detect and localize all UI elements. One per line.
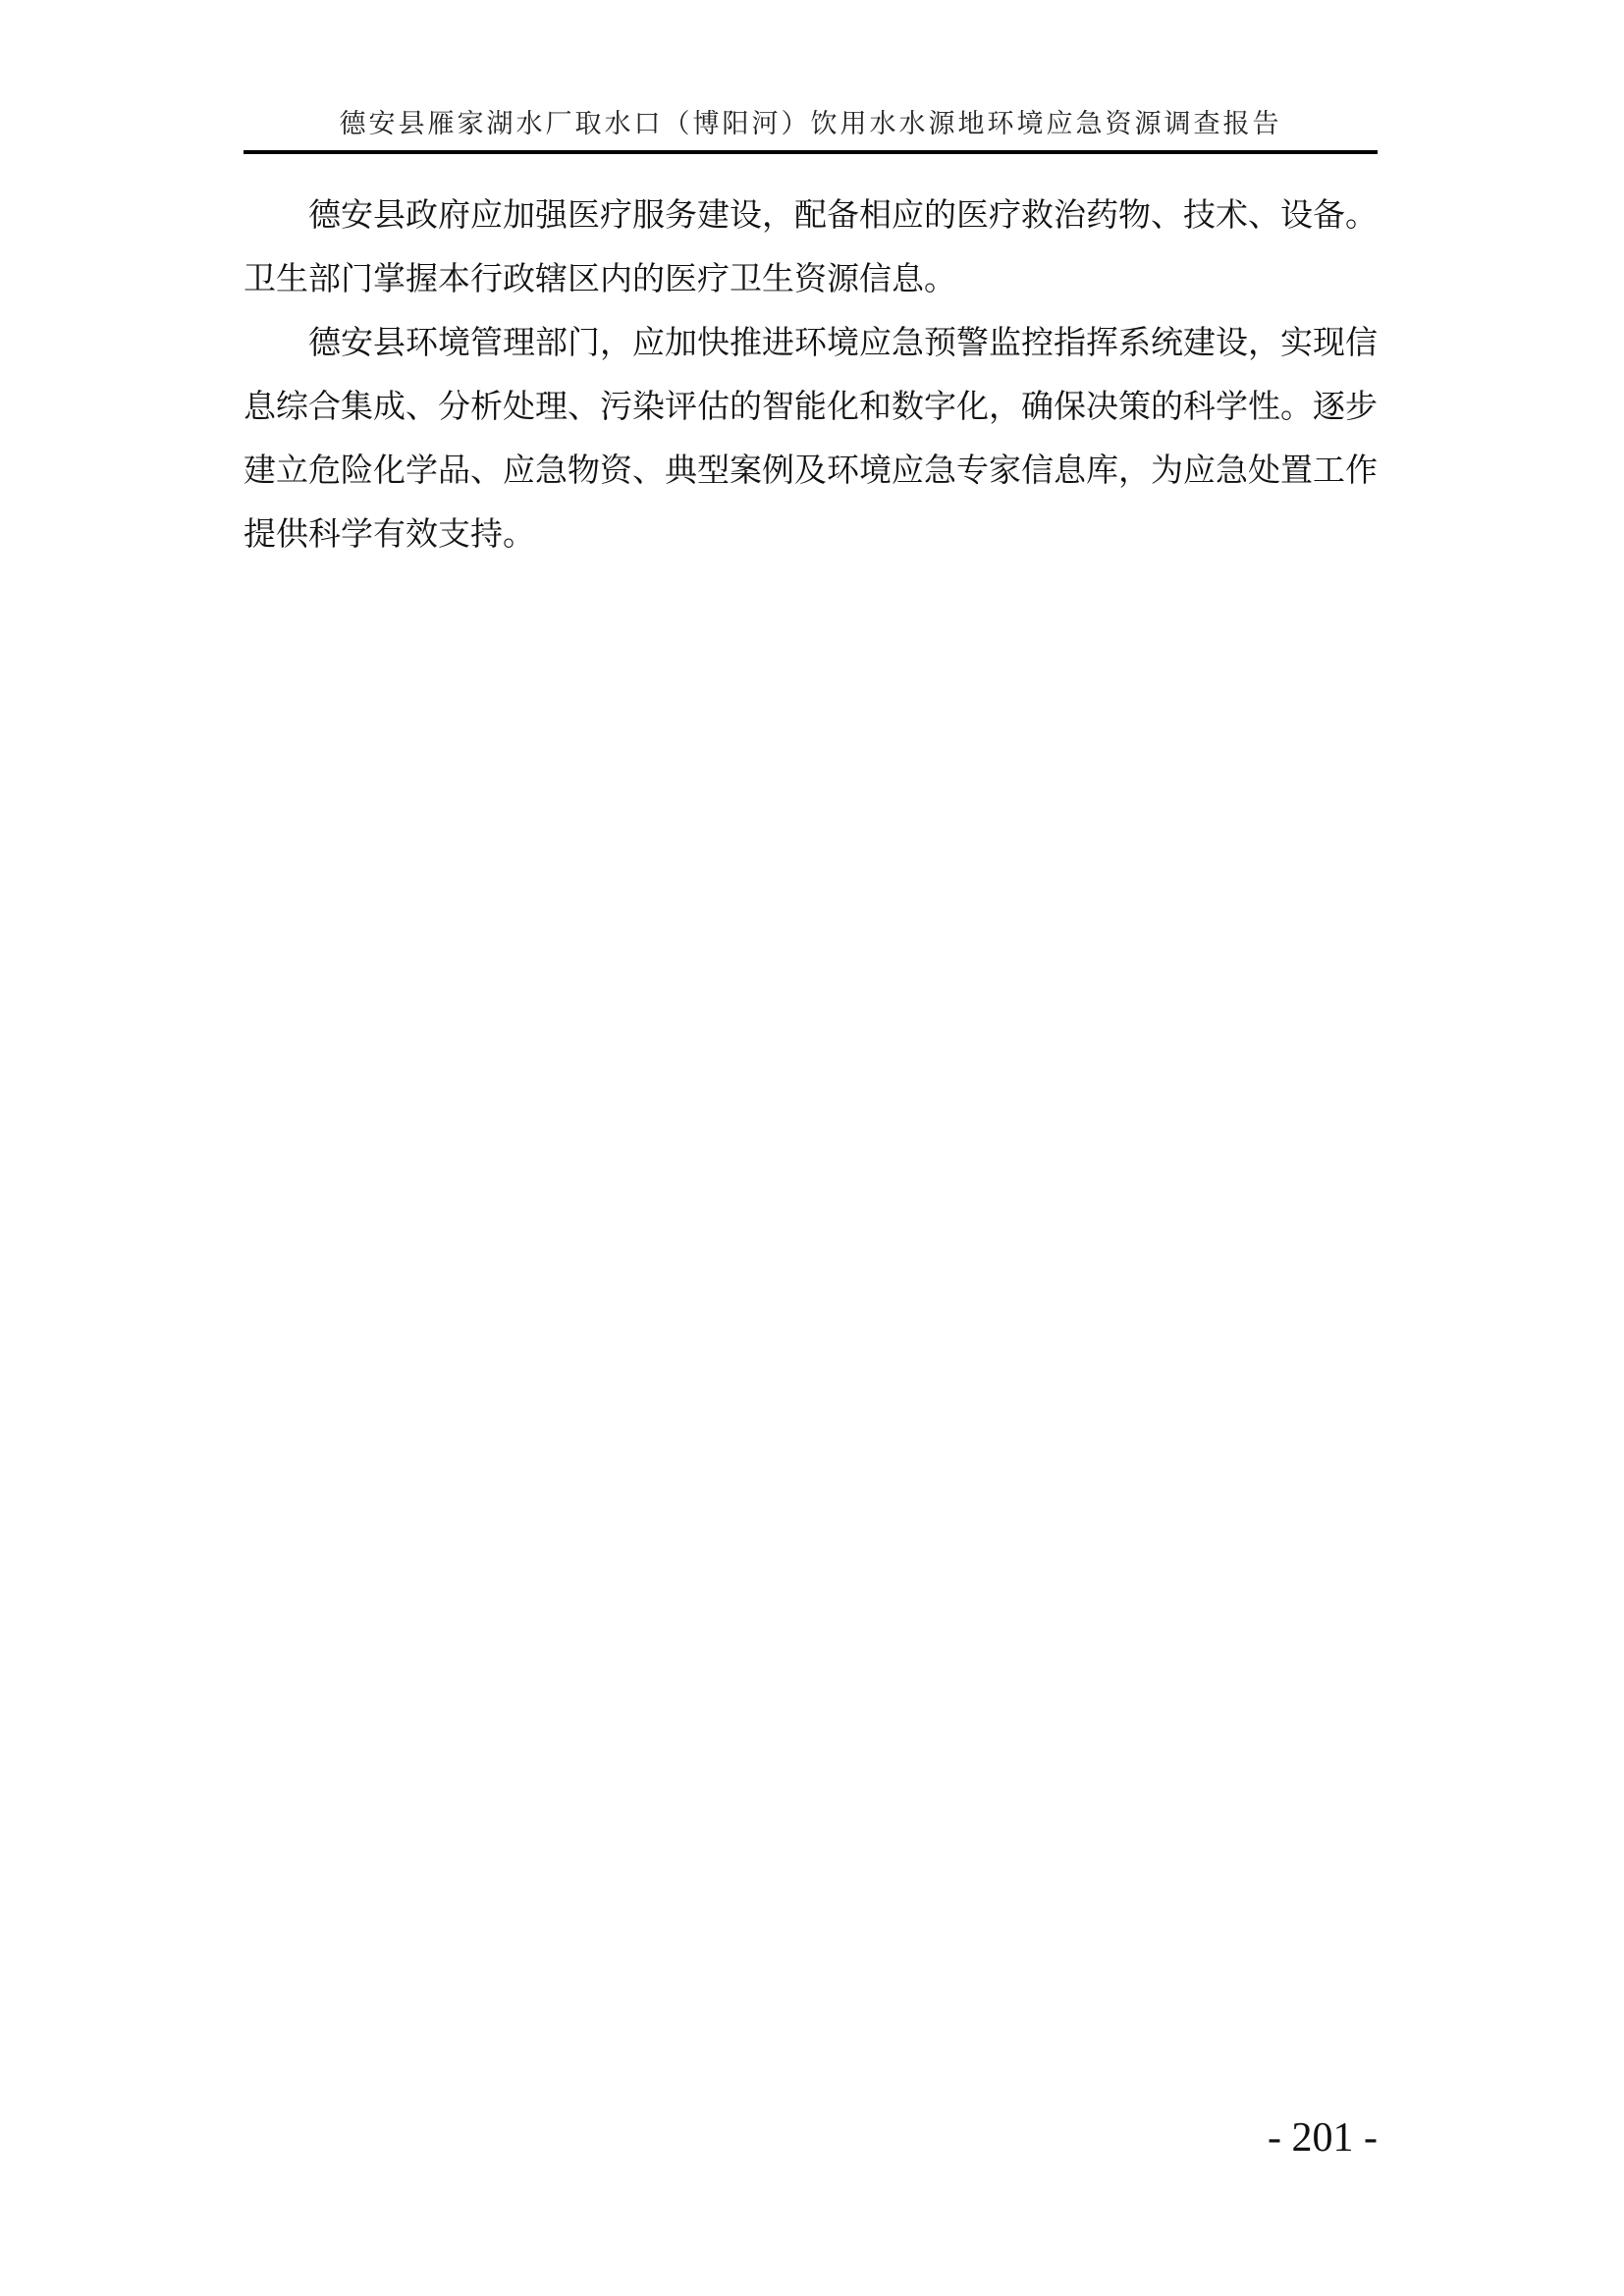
paragraph-line: 德安县环境管理部门，应加快推进环境应急预警监控指挥系统建设，实现信 — [244, 312, 1378, 376]
body-text: 德安县政府应加强医疗服务建设，配备相应的医疗救治药物、技术、设备。 卫生部门掌握… — [244, 185, 1378, 567]
paragraph-line: 提供科学有效支持。 — [244, 504, 1378, 567]
paragraph-line: 卫生部门掌握本行政辖区内的医疗卫生资源信息。 — [244, 248, 1378, 312]
page-number: - 201 - — [1268, 2115, 1378, 2161]
paragraph-line: 德安县政府应加强医疗服务建设，配备相应的医疗救治药物、技术、设备。 — [244, 185, 1378, 248]
header-title: 德安县雁家湖水厂取水口（博阳河）饮用水水源地环境应急资源调查报告 — [244, 106, 1378, 141]
paragraph-line: 息综合集成、分析处理、污染评估的智能化和数字化，确保决策的科学性。逐步 — [244, 376, 1378, 440]
document-page: 德安县雁家湖水厂取水口（博阳河）饮用水水源地环境应急资源调查报告 德安县政府应加… — [0, 0, 1624, 2296]
paragraph-line: 建立危险化学品、应急物资、典型案例及环境应急专家信息库，为应急处置工作 — [244, 440, 1378, 504]
header-rule — [244, 150, 1378, 154]
page-footer: - 201 - — [244, 2110, 1378, 2165]
